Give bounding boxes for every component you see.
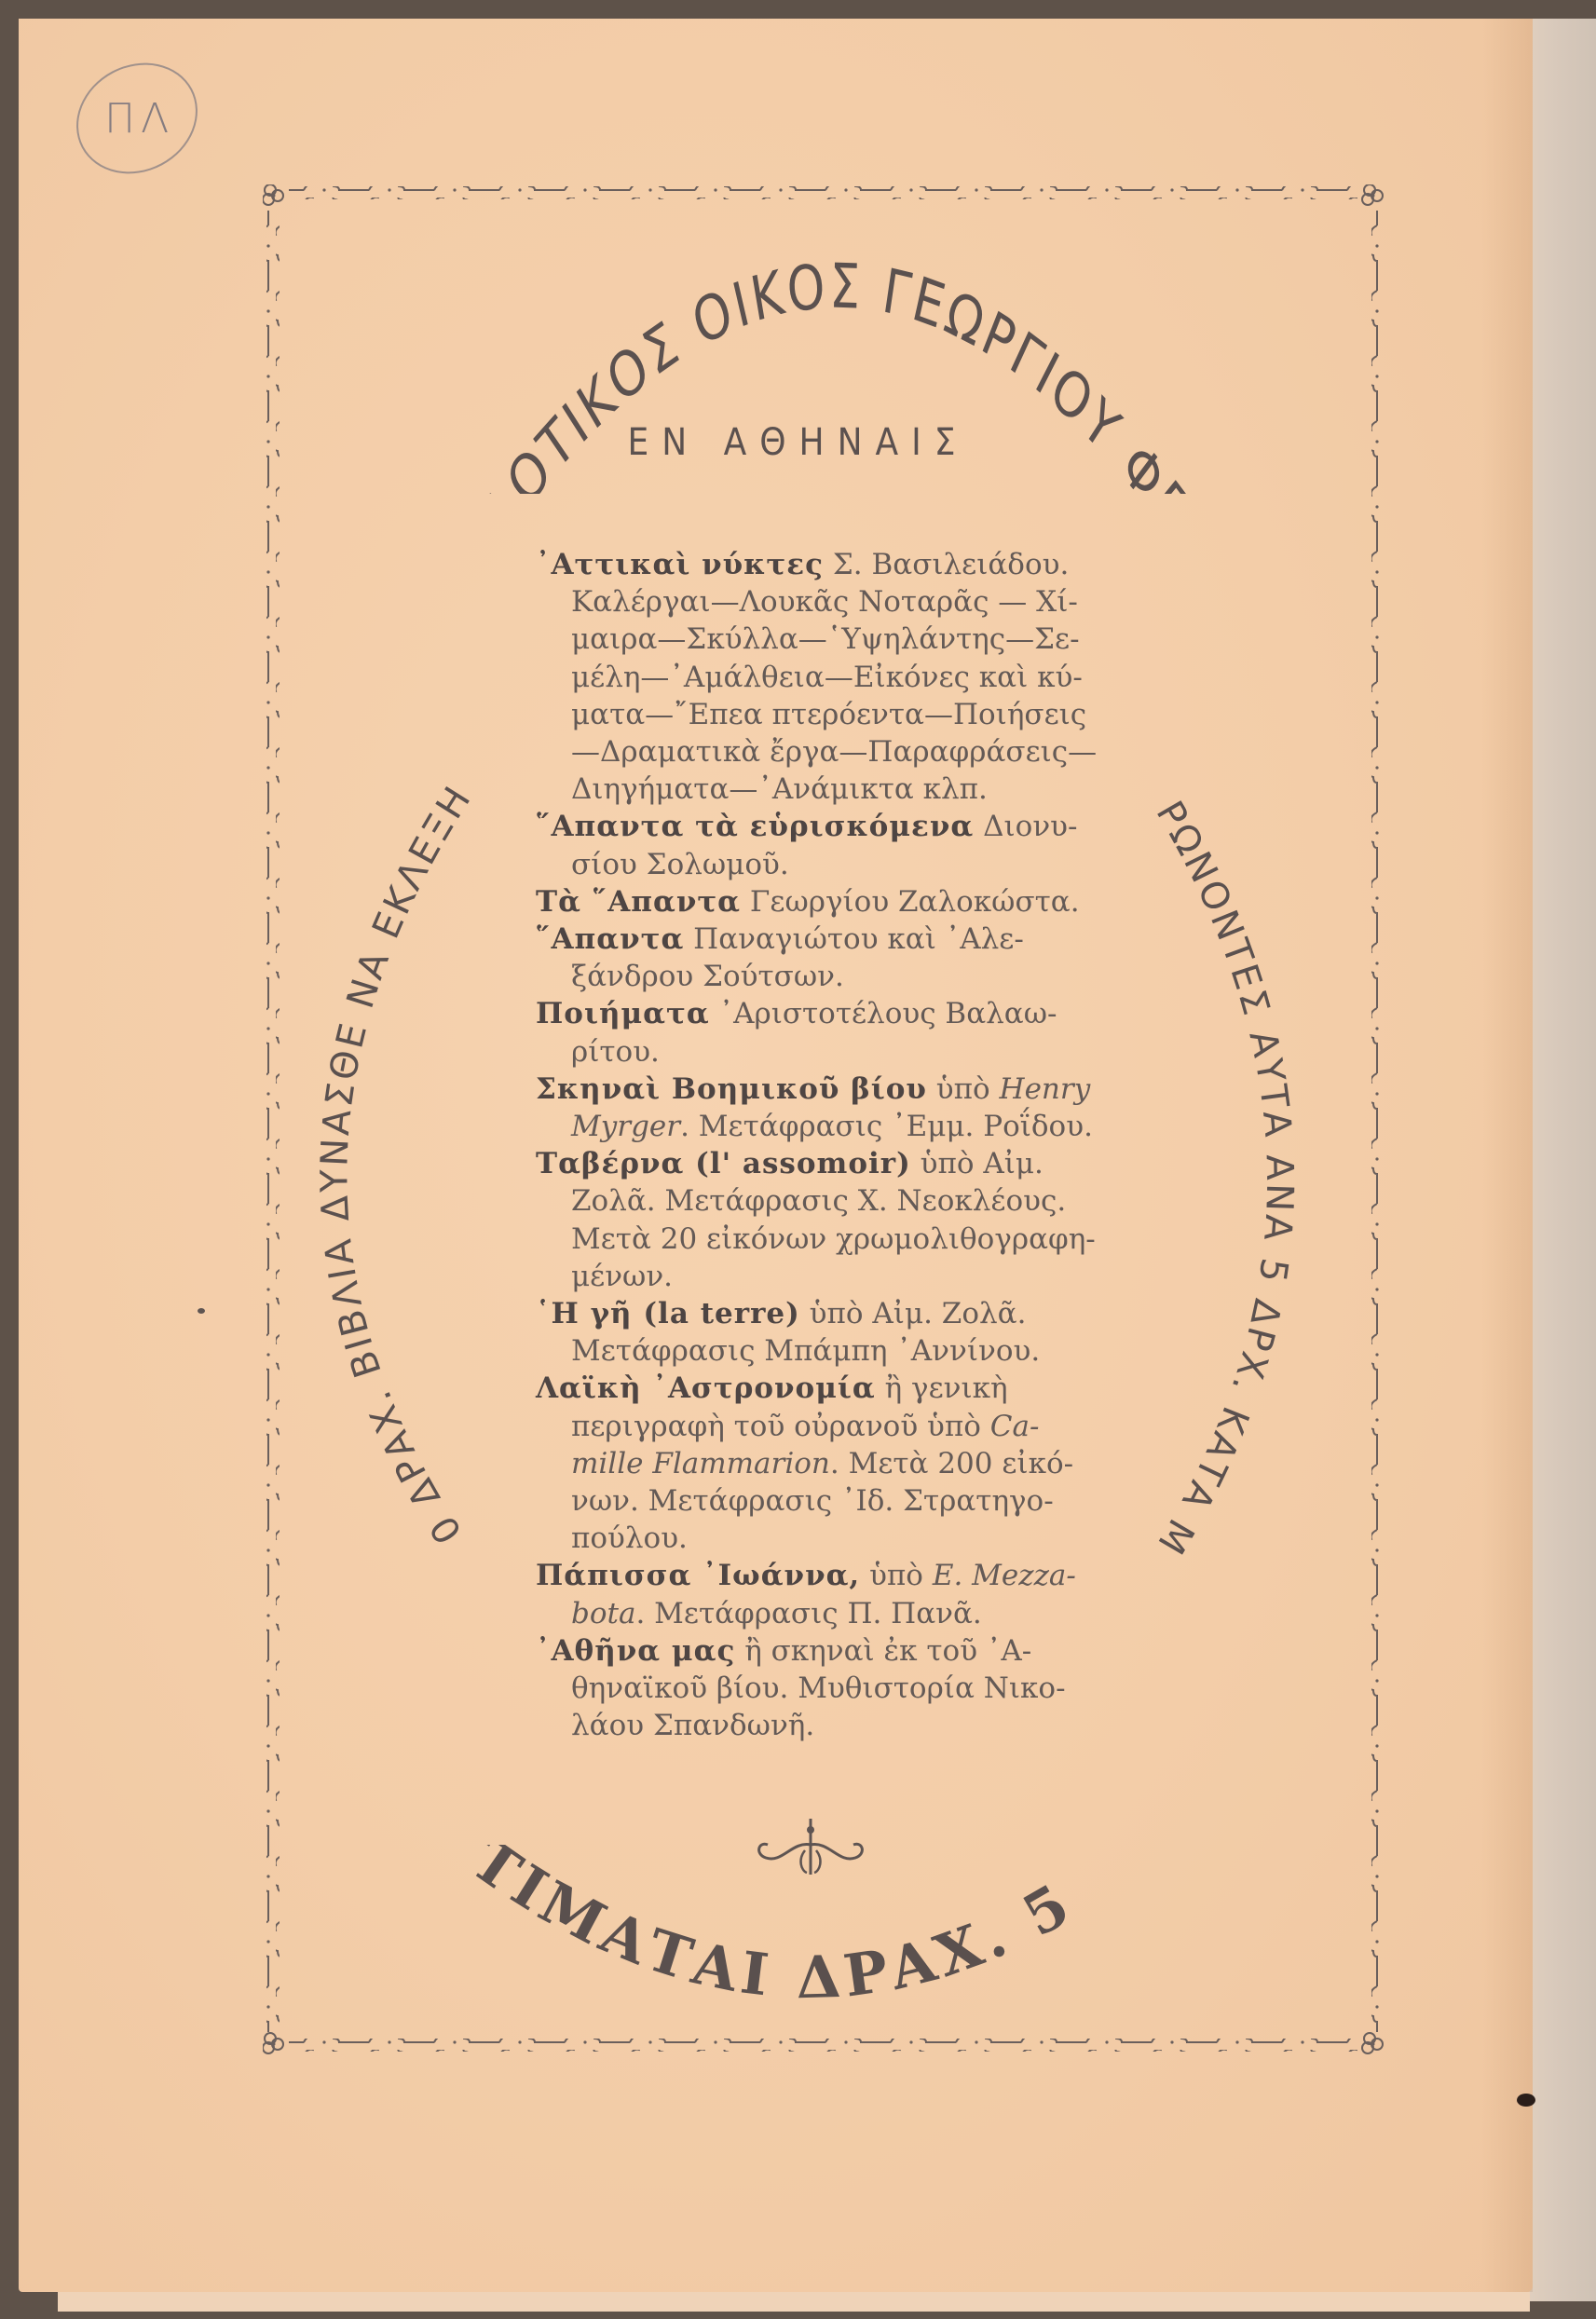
book-title: Ταβέρνα (l' assomoir)	[536, 1147, 911, 1180]
book-entry: ῞Απαντα τὰ εὑρισκόμενα Διονυ-σίου Σολωμο…	[536, 808, 1132, 882]
page-edge-shadow	[1481, 19, 1533, 2292]
book-entry-line: ῞Απαντα Παναγιώτου καὶ ᾿Αλε-	[536, 921, 1132, 958]
book-entry-line: ρίτου.	[536, 1033, 1132, 1071]
book-details: Μετάφρασις Μπάμπη ᾿Αννίνου.	[571, 1334, 1040, 1368]
book-title: Τὰ ῞Απαντα	[536, 885, 741, 919]
book-list: ᾿Αττικαὶ νύκτες Σ. Βασιλειάδου.Καλέργαι—…	[536, 546, 1132, 1745]
book-entry-line: Καλέργαι—Λουκᾶς Νοταρᾶς — Χί-	[536, 583, 1132, 621]
book-details: Διονυ-	[974, 810, 1077, 843]
book-entry-line: περιγραφὴ τοῦ οὐρανοῦ ὑπὸ Ca-	[536, 1408, 1132, 1445]
book-entry-line: Λαϊκὴ ᾿Αστρονομία ἢ γενικὴ	[536, 1370, 1132, 1407]
book-details: ρίτου.	[571, 1035, 660, 1069]
italic-name: mille Flammarion	[571, 1447, 830, 1480]
right-arc-text: ΠΛΗΡΩΝΟΝΤΕΣ ΑΥΤΑ ΑΝΑ 5 ΔΡΧ. ΚΑΤΑ ΜΗΝΑ	[1127, 792, 1301, 1556]
left-arc-text: 100 ΔΡΑΧ. ΒΙΒΛΙΑ ΔΥΝΑΣΘΕ ΝΑ ΕΚΛΕΞΗΤΕ	[280, 783, 481, 1547]
book-entry: Ποιήματα ᾿Αριστοτέλους Βαλαω-ρίτου.	[536, 995, 1132, 1070]
italic-name: Henry	[1000, 1072, 1091, 1106]
book-details: —Δραματικὰ ἔργα—Παραφράσεις—	[571, 735, 1097, 769]
book-details: . Μετάφρασις Π. Πανᾶ.	[635, 1597, 981, 1630]
book-entry: Ταβέρνα (l' assomoir) ὑπὸ Αἰμ.Ζολᾶ. Μετά…	[536, 1145, 1132, 1295]
book-entry: Σκηναὶ Βοημικοῦ βίου ὑπὸ HenryMyrger. Με…	[536, 1071, 1132, 1145]
book-title: Πάπισσα ᾿Ιωάννα,	[536, 1559, 860, 1592]
book-entry-line: Τὰ ῞Απαντα Γεωργίου Ζαλοκώστα.	[536, 883, 1132, 921]
book-entry-line: ῞Απαντα τὰ εὑρισκόμενα Διονυ-	[536, 808, 1132, 845]
right-arc-text-block: ΠΛΗΡΩΝΟΝΤΕΣ ΑΥΤΑ ΑΝΑ 5 ΔΡΧ. ΚΑΤΑ ΜΗΝΑ	[1127, 792, 1342, 1556]
book-details: μέλη—᾿Αμάλθεια—Εἰκόνες καὶ κύ-	[571, 661, 1083, 694]
book-entry-line: Μετάφρασις Μπάμπη ᾿Αννίνου.	[536, 1332, 1132, 1370]
book-entry-line: λάου Σπανδωνῆ.	[536, 1707, 1132, 1744]
book-entry-line: πούλου.	[536, 1520, 1132, 1557]
book-entry-line: Myrger. Μετάφρασις ᾿Εμμ. Ροΐδου.	[536, 1108, 1132, 1145]
price-text: ΤΙΜΑΤΑΙ ΔΡΑΧ. 5	[459, 1845, 1085, 2012]
book-details: πούλου.	[571, 1521, 688, 1555]
book-entry-line: ᾿Αθῆνα μας ἢ σκηναὶ ἐκ τοῦ ᾿Α-	[536, 1632, 1132, 1670]
book-details: ἢ γενικὴ	[876, 1371, 1008, 1405]
book-title: ᾿Αθῆνα μας	[536, 1634, 735, 1668]
book-entry: ῾Η γῆ (la terre) ὑπὸ Αἰμ. Ζολᾶ.Μετάφρασι…	[536, 1295, 1132, 1370]
book-title: Σκηναὶ Βοημικοῦ βίου	[536, 1072, 927, 1106]
price-arc-block: ΤΙΜΑΤΑΙ ΔΡΑΧ. 5	[429, 1845, 1193, 2031]
book-details: περιγραφὴ τοῦ οὐρανοῦ ὑπὸ	[571, 1410, 990, 1443]
book-entry-line: Ταβέρνα (l' assomoir) ὑπὸ Αἰμ.	[536, 1145, 1132, 1182]
book-details: Σ. Βασιλειάδου.	[824, 548, 1069, 581]
book-entry-line: μένων.	[536, 1258, 1132, 1295]
book-details: Μετὰ 20 εἰκόνων χρωμολιθογραφη-	[571, 1222, 1096, 1256]
book-entry: ῞Απαντα Παναγιώτου καὶ ᾿Αλε-ξάνδρου Σούτ…	[536, 921, 1132, 995]
book-details: Ζολᾶ. Μετάφρασις Χ. Νεοκλέους.	[571, 1184, 1066, 1218]
italic-name: E. Mezza-	[933, 1559, 1076, 1592]
book-entry-line: ῾Η γῆ (la terre) ὑπὸ Αἰμ. Ζολᾶ.	[536, 1295, 1132, 1332]
book-entry-line: ᾿Αττικαὶ νύκτες Σ. Βασιλειάδου.	[536, 546, 1132, 583]
book-entry-line: Σκηναὶ Βοημικοῦ βίου ὑπὸ Henry	[536, 1071, 1132, 1108]
book-details: . Μετάφρασις ᾿Εμμ. Ροΐδου.	[680, 1110, 1093, 1143]
book-title: Ποιήματα	[536, 997, 710, 1030]
book-entry: Πάπισσα ᾿Ιωάννα, ὑπὸ E. Mezza-bota. Μετά…	[536, 1557, 1132, 1631]
book-details: ὑπὸ	[860, 1559, 933, 1592]
svg-text:ΤΙΜΑΤΑΙ ΔΡΑΧ. 5: ΤΙΜΑΤΑΙ ΔΡΑΧ. 5	[459, 1845, 1085, 2012]
book-title: ᾿Αττικαὶ νύκτες	[536, 548, 824, 581]
book-entry: ᾿Αθῆνα μας ἢ σκηναὶ ἐκ τοῦ ᾿Α-θηναϊκοῦ β…	[536, 1632, 1132, 1745]
book-details: Γεωργίου Ζαλοκώστα.	[741, 885, 1080, 919]
book-details: ὑπὸ	[927, 1072, 1000, 1106]
book-details: ᾿Αριστοτέλους Βαλαω-	[710, 997, 1057, 1030]
book-details: νων. Μετάφρασις ᾿Ιδ. Στρατηγο-	[571, 1484, 1054, 1518]
book-entry-line: mille Flammarion. Μετὰ 200 εἰκό-	[536, 1445, 1132, 1482]
svg-text:ΠΛΗΡΩΝΟΝΤΕΣ ΑΥΤΑ ΑΝΑ 5 ΔΡΧ. ΚΑ: ΠΛΗΡΩΝΟΝΤΕΣ ΑΥΤΑ ΑΝΑ 5 ΔΡΧ. ΚΑΤΑ ΜΗΝΑ	[1127, 792, 1301, 1556]
book-details: ξάνδρου Σούτσων.	[571, 960, 844, 993]
italic-name: Ca-	[990, 1410, 1040, 1443]
book-entry-line: μαιρα—Σκύλλα—῾Υψηλάντης—Σε-	[536, 621, 1132, 658]
book-entry-line: Ποιήματα ᾿Αριστοτέλους Βαλαω-	[536, 995, 1132, 1032]
book-details: Παναγιώτου καὶ ᾿Αλε-	[684, 922, 1023, 956]
book-entry-line: Μετὰ 20 εἰκόνων χρωμολιθογραφη-	[536, 1221, 1132, 1258]
book-entry-line: νων. Μετάφρασις ᾿Ιδ. Στρατηγο-	[536, 1482, 1132, 1520]
book-title: ῞Απαντα	[536, 922, 684, 956]
book-details: ἢ σκηναὶ ἐκ τοῦ ᾿Α-	[735, 1634, 1031, 1668]
book-entry: ᾿Αττικαὶ νύκτες Σ. Βασιλειάδου.Καλέργαι—…	[536, 546, 1132, 808]
italic-name: Myrger	[571, 1110, 680, 1143]
book-entry-line: ματα—῎Επεα πτερόεντα—Ποιήσεις	[536, 696, 1132, 733]
book-entry-line: ξάνδρου Σούτσων.	[536, 958, 1132, 995]
book-entry-line: bota. Μετάφρασις Π. Πανᾶ.	[536, 1595, 1132, 1632]
book-entry-line: Διηγήματα—᾿Ανάμικτα κλπ.	[536, 771, 1132, 808]
left-arc-text-block: 100 ΔΡΑΧ. ΒΙΒΛΙΑ ΔΥΝΑΣΘΕ ΝΑ ΕΚΛΕΞΗΤΕ	[280, 783, 522, 1547]
book-entry-line: σίου Σολωμοῦ.	[536, 846, 1132, 883]
book-details: Διηγήματα—᾿Ανάμικτα κλπ.	[571, 772, 988, 806]
book-details: λάου Σπανδωνῆ.	[571, 1709, 814, 1742]
book-details: θηναϊκοῦ βίου. Μυθιστορία Νικο-	[571, 1671, 1066, 1705]
book-entry-line: μέλη—᾿Αμάλθεια—Εἰκόνες καὶ κύ-	[536, 659, 1132, 696]
svg-text:100 ΔΡΑΧ. ΒΙΒΛΙΑ ΔΥΝΑΣΘΕ ΝΑ ΕΚ: 100 ΔΡΑΧ. ΒΙΒΛΙΑ ΔΥΝΑΣΘΕ ΝΑ ΕΚΛΕΞΗΤΕ	[280, 783, 481, 1547]
book-details: σίου Σολωμοῦ.	[571, 848, 789, 881]
pencil-annotation: ΠΛ	[104, 95, 174, 143]
book-entry-line: Ζολᾶ. Μετάφρασις Χ. Νεοκλέους.	[536, 1182, 1132, 1220]
book-title: Λαϊκὴ ᾿Αστρονομία	[536, 1371, 876, 1405]
book-title: ῞Απαντα τὰ εὑρισκόμενα	[536, 810, 974, 843]
book-entry-line: —Δραματικὰ ἔργα—Παραφράσεις—	[536, 733, 1132, 771]
book-details: ὑπὸ Αἰμ. Ζολᾶ.	[800, 1297, 1027, 1330]
book-entry: Τὰ ῞Απαντα Γεωργίου Ζαλοκώστα.	[536, 883, 1132, 921]
book-spine	[1528, 19, 1596, 2301]
book-details: . Μετὰ 200 εἰκό-	[830, 1447, 1073, 1480]
book-details: Καλέργαι—Λουκᾶς Νοταρᾶς — Χί-	[571, 585, 1078, 619]
book-entry-line: Πάπισσα ᾿Ιωάννα, ὑπὸ E. Mezza-	[536, 1557, 1132, 1594]
paper-hole	[1517, 2094, 1535, 2107]
italic-name: bota	[571, 1597, 635, 1630]
book-details: ὑπὸ Αἰμ.	[911, 1147, 1044, 1180]
book-details: μένων.	[571, 1260, 673, 1293]
book-entry: Λαϊκὴ ᾿Αστρονομία ἢ γενικὴπεριγραφὴ τοῦ …	[536, 1370, 1132, 1557]
book-entry-line: θηναϊκοῦ βίου. Μυθιστορία Νικο-	[536, 1670, 1132, 1707]
location-subheading: ΕΝ ΑΘΗΝΑΙΣ	[0, 421, 1596, 464]
book-title: ῾Η γῆ (la terre)	[536, 1297, 800, 1330]
book-details: ματα—῎Επεα πτερόεντα—Ποιήσεις	[571, 698, 1086, 731]
book-details: μαιρα—Σκύλλα—῾Υψηλάντης—Σε-	[571, 622, 1080, 656]
scan-speck	[198, 1308, 205, 1314]
